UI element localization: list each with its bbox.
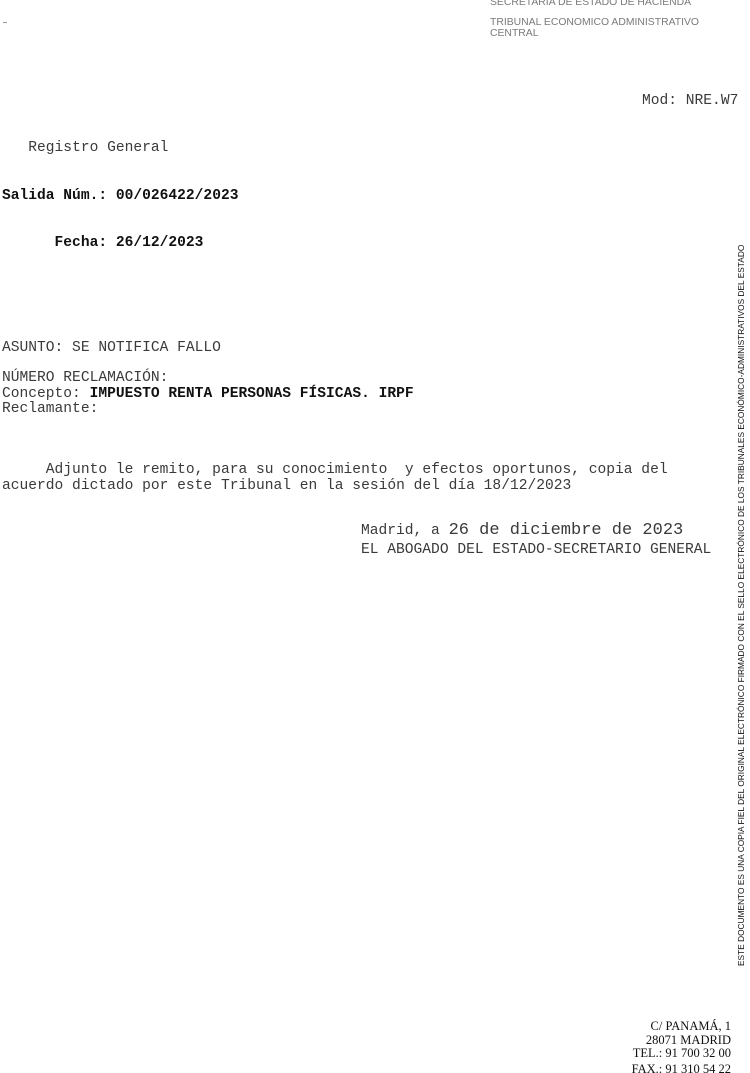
claim-number-label: NÚMERO RECLAMACIÓN:	[2, 370, 168, 386]
issuing-organization: SECRETARIA DE ESTADO DE HACIENDA TRIBUNA…	[490, 0, 699, 39]
exit-number: 00/026422/2023	[116, 188, 239, 204]
subject-line: ASUNTO: SE NOTIFICA FALLO	[2, 340, 221, 356]
exit-number-row: Salida Núm.: 00/026422/2023	[2, 188, 238, 204]
signature-date: 26 de diciembre de 2023	[449, 521, 684, 540]
footer-tel: TEL.: 91 700 32 00	[632, 1047, 731, 1061]
footer-address: C/ PANAMÁ, 1	[632, 1020, 731, 1034]
registry-date-row: Fecha: 26/12/2023	[2, 235, 238, 251]
registry-block: Registro General Salida Núm.: 00/026422/…	[2, 108, 238, 267]
registry-date-label: Fecha:	[55, 235, 108, 251]
electronic-seal-notice: ESTE DOCUMENTO ES UNA COPIA FIEL DEL ORI…	[736, 245, 746, 966]
body-text-line-2: acuerdo dictado por este Tribunal en la …	[2, 478, 571, 494]
concept-row: Concepto: IMPUESTO RENTA PERSONAS FÍSICA…	[2, 386, 414, 402]
concept-label: Concepto:	[2, 386, 81, 402]
footer-fax: FAX.: 91 310 54 22	[632, 1063, 731, 1073]
registry-title: Registro General	[2, 140, 238, 156]
place: Madrid, a	[361, 523, 449, 539]
claimant-label: Reclamante:	[2, 401, 98, 417]
signer-title: EL ABOGADO DEL ESTADO-SECRETARIO GENERAL	[361, 542, 711, 558]
scan-mark	[3, 22, 7, 23]
footer-contact: C/ PANAMÁ, 1 28071 MADRID TEL.: 91 700 3…	[632, 1020, 731, 1073]
model-code: Mod: NRE.W7	[642, 93, 738, 109]
exit-number-label: Salida Núm.:	[2, 188, 107, 204]
org-ministry: SECRETARIA DE ESTADO DE HACIENDA	[490, 0, 699, 8]
org-tribunal: TRIBUNAL ECONOMICO ADMINISTRATIVO	[490, 17, 699, 28]
body-text-line-1: Adjunto le remito, para su conocimiento …	[2, 462, 668, 478]
registry-date: 26/12/2023	[116, 235, 204, 251]
place-and-date: Madrid, a 26 de diciembre de 2023	[361, 523, 683, 539]
concept-value: IMPUESTO RENTA PERSONAS FÍSICAS. IRPF	[90, 386, 414, 402]
org-tribunal-cont: CENTRAL	[490, 28, 699, 39]
footer-city: 28071 MADRID	[632, 1034, 731, 1048]
